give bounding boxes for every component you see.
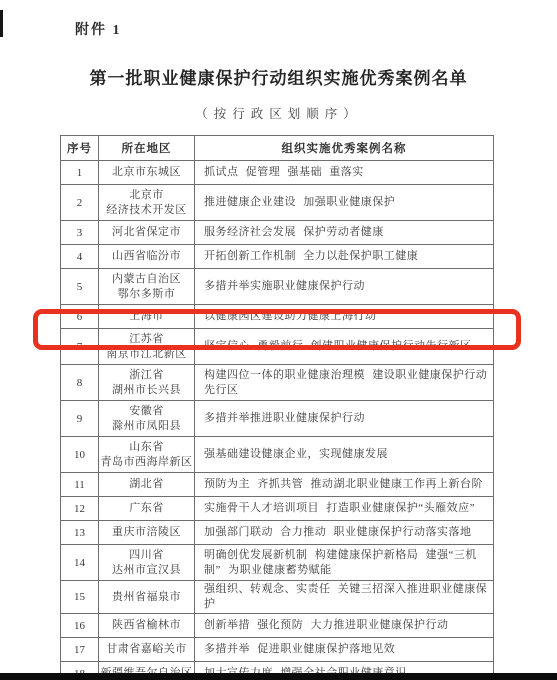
attachment-label: 附件 1: [75, 19, 122, 39]
row-number-cell: 17: [61, 638, 99, 662]
row-number-cell: 8: [61, 365, 99, 401]
table-row: 6上海市以健康园区建设助力健康上海行动: [61, 305, 494, 329]
region-cell: 内蒙古自治区 鄂尔多斯市: [99, 269, 195, 305]
row-number-cell: 2: [61, 185, 99, 221]
table-row: 2北京市 经济技术开发区推进健康企业建设 加强职业健康保护: [61, 185, 494, 221]
region-cell: 陕西省榆林市: [99, 614, 195, 638]
region-cell: 江苏省 南京市江北新区: [99, 329, 195, 365]
scan-bottom-edge: [0, 673, 557, 680]
table-row: 4山西省临汾市开拓创新工作机制 全力以赴保护职工健康: [61, 245, 494, 269]
case-name-cell: 服务经济社会发展 保护劳动者健康: [195, 221, 494, 245]
case-name-cell: 多措并举 促进职业健康保护落地见效: [195, 638, 494, 662]
page-title: 第一批职业健康保护行动组织实施优秀案例名单: [0, 64, 557, 89]
row-number-cell: 1: [61, 161, 99, 185]
region-cell: 四川省 达州市宣汉县: [99, 545, 195, 581]
case-table: 序号 所在地区 组织实施优秀案例名称 1北京市东城区抓试点 促管理 强基础 重落…: [60, 135, 494, 680]
header-case-name: 组织实施优秀案例名称: [195, 136, 494, 161]
region-cell: 重庆市涪陵区: [99, 521, 195, 545]
table-row: 7江苏省 南京市江北新区坚定信心 勇毅前行 创建职业健康保护行动先行新区: [61, 329, 494, 365]
case-name-cell: 实施骨干人才培训项目 打造职业健康保护“头雁效应”: [195, 497, 494, 521]
case-name-cell: 加强部门联动 合力推动 职业健康保护行动落实落地: [195, 521, 494, 545]
header-region: 所在地区: [99, 136, 195, 161]
row-number-cell: 9: [61, 401, 99, 437]
case-name-cell: 创新举措 强化预防 大力推进职业健康保护行动: [195, 614, 494, 638]
row-number-cell: 13: [61, 521, 99, 545]
row-number-cell: 14: [61, 545, 99, 581]
region-cell: 甘肃省嘉峪关市: [99, 638, 195, 662]
header-row: 序号 所在地区 组织实施优秀案例名称: [61, 136, 494, 161]
region-cell: 北京市东城区: [99, 161, 195, 185]
row-number-cell: 7: [61, 329, 99, 365]
case-name-cell: 明确创优发展新机制 构建健康保护新格局 建强“三机制” 为职业健康蓄势赋能: [195, 545, 494, 581]
region-cell: 浙江省 湖州市长兴县: [99, 365, 195, 401]
table-row: 3河北省保定市服务经济社会发展 保护劳动者健康: [61, 221, 494, 245]
table-row: 15贵州省福泉市强组织、转观念、实责任 关键三招深入推进职业健康保护: [61, 581, 494, 614]
table-row: 1北京市东城区抓试点 促管理 强基础 重落实: [61, 161, 494, 185]
region-cell: 山东省 青岛市西海岸新区: [99, 437, 195, 473]
scan-edge-artifact: [0, 10, 3, 37]
region-cell: 山西省临汾市: [99, 245, 195, 269]
row-number-cell: 3: [61, 221, 99, 245]
case-name-cell: 强组织、转观念、实责任 关键三招深入推进职业健康保护: [195, 581, 494, 614]
table-row: 8浙江省 湖州市长兴县构建四位一体的职业健康治理模 建设职业健康保护行动先行区: [61, 365, 494, 401]
table-row: 14四川省 达州市宣汉县明确创优发展新机制 构建健康保护新格局 建强“三机制” …: [61, 545, 494, 581]
region-cell: 河北省保定市: [99, 221, 195, 245]
region-cell: 上海市: [99, 305, 195, 329]
row-number-cell: 6: [61, 305, 99, 329]
table-row: 17甘肃省嘉峪关市多措并举 促进职业健康保护落地见效: [61, 638, 494, 662]
case-name-cell: 坚定信心 勇毅前行 创建职业健康保护行动先行新区: [195, 329, 494, 365]
row-number-cell: 11: [61, 473, 99, 497]
case-name-cell: 强基础建设健康企业，实现健康发展: [195, 437, 494, 473]
row-number-cell: 10: [61, 437, 99, 473]
row-number-cell: 4: [61, 245, 99, 269]
table-row: 10山东省 青岛市西海岸新区强基础建设健康企业，实现健康发展: [61, 437, 494, 473]
row-number-cell: 5: [61, 269, 99, 305]
table-row: 5内蒙古自治区 鄂尔多斯市多措并举实施职业健康保护行动: [61, 269, 494, 305]
case-name-cell: 构建四位一体的职业健康治理模 建设职业健康保护行动先行区: [195, 365, 494, 401]
table-row: 9安徽省 滁州市凤阳县多措并举推进职业健康保护行动: [61, 401, 494, 437]
case-table-body: 1北京市东城区抓试点 促管理 强基础 重落实2北京市 经济技术开发区推进健康企业…: [61, 161, 494, 680]
table-row: 11湖北省预防为主 齐抓共管 推动湖北职业健康工作再上新台阶: [61, 473, 494, 497]
region-cell: 安徽省 滁州市凤阳县: [99, 401, 195, 437]
case-name-cell: 推进健康企业建设 加强职业健康保护: [195, 185, 494, 221]
table-row: 16陕西省榆林市创新举措 强化预防 大力推进职业健康保护行动: [61, 614, 494, 638]
table-row: 13重庆市涪陵区加强部门联动 合力推动 职业健康保护行动落实落地: [61, 521, 494, 545]
row-number-cell: 12: [61, 497, 99, 521]
case-name-cell: 抓试点 促管理 强基础 重落实: [195, 161, 494, 185]
case-name-cell: 以健康园区建设助力健康上海行动: [195, 305, 494, 329]
header-row-number: 序号: [61, 136, 99, 161]
table-row: 12广东省实施骨干人才培训项目 打造职业健康保护“头雁效应”: [61, 497, 494, 521]
page-subtitle: （按行政区划顺序）: [0, 104, 557, 122]
region-cell: 湖北省: [99, 473, 195, 497]
case-name-cell: 预防为主 齐抓共管 推动湖北职业健康工作再上新台阶: [195, 473, 494, 497]
row-number-cell: 15: [61, 581, 99, 614]
case-name-cell: 开拓创新工作机制 全力以赴保护职工健康: [195, 245, 494, 269]
region-cell: 北京市 经济技术开发区: [99, 185, 195, 221]
row-number-cell: 16: [61, 614, 99, 638]
case-name-cell: 多措并举实施职业健康保护行动: [195, 269, 494, 305]
table-header: 序号 所在地区 组织实施优秀案例名称: [61, 136, 494, 161]
case-name-cell: 多措并举推进职业健康保护行动: [195, 401, 494, 437]
region-cell: 广东省: [99, 497, 195, 521]
region-cell: 贵州省福泉市: [99, 581, 195, 614]
